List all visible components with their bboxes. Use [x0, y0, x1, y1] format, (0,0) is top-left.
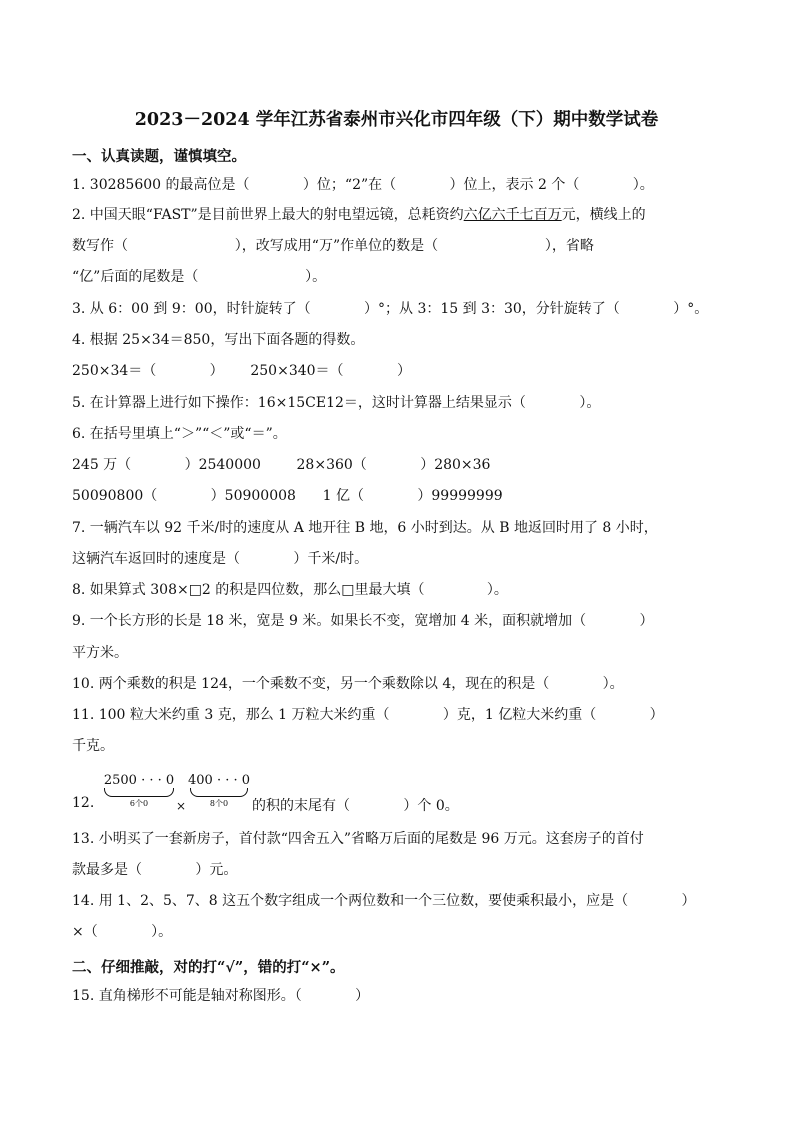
question-9-line-1: 9. 一个长方形的长是 18 米，宽是 9 米。如果长不变，宽增加 4 米，面积…	[72, 612, 654, 630]
section-1-heading: 一、认真读题，谨慎填空。	[72, 145, 246, 166]
exam-page: 2023－2024 学年江苏省泰州市兴化市四年级（下）期中数学试卷 一、认真读题…	[0, 0, 793, 1122]
question-8: 8. 如果算式 308×□2 的积是四位数，那么□里最大填（ ）。	[72, 581, 508, 599]
question-9-line-2: 平方米。	[72, 644, 128, 662]
question-7-line-1: 7. 一辆汽车以 92 千米/时的速度从 A 地开往 B 地，6 小时到达。从 …	[72, 519, 658, 537]
question-11-line-1: 11. 100 粒大米约重 3 克，那么 1 万粒大米约重（ ）克，1 亿粒大米…	[72, 706, 664, 724]
q12-factor-2: 400 · · · 0 8个0	[188, 773, 250, 809]
question-2-line-1: 2. 中国天眼“FAST”是目前世界上最大的射电望远镜，总耗资约六亿六千七百万元…	[72, 206, 646, 224]
section-2-heading: 二、仔细推敲，对的打“√”，错的打“×”。	[72, 956, 345, 977]
q12-factor-2-value: 400 · · · 0	[188, 773, 250, 788]
question-13-line-2: 款最多是（ ）元。	[72, 861, 237, 879]
q2-text-pre: 2. 中国天眼“FAST”是目前世界上最大的射电望远镜，总耗资约	[72, 207, 464, 223]
question-4: 4. 根据 25×34＝850，写出下面各题的得数。	[72, 331, 364, 349]
question-13-line-1: 13. 小明买了一套新房子，首付款“四舍五入”省略万后面的尾数是 96 万元。这…	[72, 830, 644, 848]
q2-text-post: 元，横线上的	[562, 207, 646, 223]
question-14-line-1: 14. 用 1、2、5、7、8 这五个数字组成一个两位数和一个三位数，要使乘积最…	[72, 892, 696, 910]
question-1: 1. 30285600 的最高位是（ ）位；“2”在（ ）位上，表示 2 个（ …	[72, 176, 654, 194]
question-5: 5. 在计算器上进行如下操作：16×15CE12＝，这时计算器上结果显示（ ）。	[72, 394, 600, 412]
question-6: 6. 在括号里填上“＞”“＜”或“＝”。	[72, 425, 287, 443]
question-2-line-3: “亿”后面的尾数是（ ）。	[72, 268, 326, 286]
q12-factor-2-caption: 8个0	[188, 798, 250, 809]
question-11-line-2: 千克。	[72, 737, 114, 755]
question-6-row-2: 50090800（ ）50900008 1 亿（ ）99999999	[72, 487, 503, 505]
question-6-row-1: 245 万（ ）2540000 28×360（ ）280×36	[72, 456, 490, 474]
q12-text: 的积的末尾有（ ）个 0。	[252, 795, 459, 815]
q12-factor-1: 2500 · · · 0 6个0	[102, 773, 176, 809]
question-14-line-2: ×（ ）。	[72, 923, 172, 941]
question-4-items: 250×34＝（ ） 250×340＝（ ）	[72, 362, 411, 380]
q12-factor-1-caption: 6个0	[102, 798, 176, 809]
q12-factor-1-value: 2500 · · · 0	[102, 773, 176, 788]
question-10: 10. 两个乘数的积是 124，一个乘数不变，另一个乘数除以 4，现在的积是（ …	[72, 675, 624, 693]
q12-times-sign: ×	[176, 799, 186, 813]
question-7-line-2: 这辆汽车返回时的速度是（ ）千米/时。	[72, 550, 368, 568]
question-3: 3. 从 6：00 到 9：00，时针旋转了（ ）°；从 3：15 到 3：30…	[72, 300, 708, 318]
question-15: 15. 直角梯形不可能是轴对称图形。（ ）	[72, 987, 369, 1005]
question-12: 12. 2500 · · · 0 6个0 × 400 · · · 0 8个0 的…	[72, 773, 572, 833]
question-2-line-2: 数写作（ ），改写成用“万”作单位的数是（ ），省略	[72, 237, 594, 255]
underbrace-icon	[104, 788, 174, 797]
q12-number: 12.	[72, 795, 94, 811]
exam-title: 2023－2024 学年江苏省泰州市兴化市四年级（下）期中数学试卷	[0, 106, 793, 131]
underbrace-icon	[190, 788, 248, 797]
q2-underlined-number: 六亿六千七百万	[464, 207, 562, 223]
